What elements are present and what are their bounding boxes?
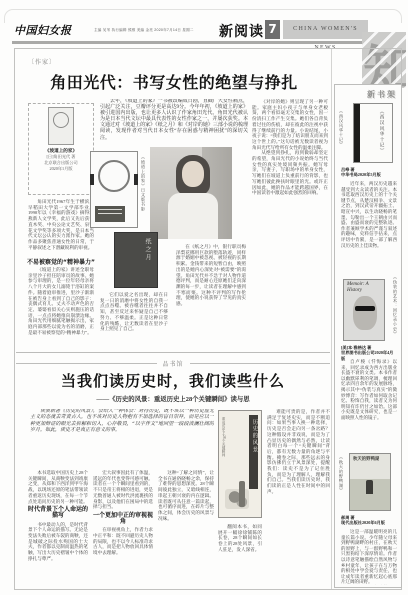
- cover3-illustration: [225, 489, 249, 509]
- article1-kicker: 〔作家〕: [28, 57, 56, 66]
- book-cover-paper-moon: 纸之月: [114, 232, 158, 288]
- sidebar-label: 新书架: [367, 89, 397, 100]
- masthead-credits: 主编 吴苇 执行编辑 熊维 美编 金亮 2020年7月14日 星期二: [94, 28, 194, 33]
- newspaper-page: 中国妇女报 主编 吴苇 执行编辑 熊维 美编 金亮 2020年7月14日 星期二…: [0, 0, 408, 595]
- section2-subhead2: 一个更加中正的审视视角: [93, 513, 153, 524]
- article1-col1-paragraph2: 《坡道上的家》讲述全职母亲里沙子担任陪审员的故事。她参与审理的，是一位年轻母亲将…: [28, 267, 94, 351]
- cover1-caption: 《坡道上的家》日文版书影: [140, 155, 146, 225]
- sidebar-book1-cover-title: 《西汉风华十记》: [379, 109, 385, 154]
- article1-col2-paragraph: 它们以爱之名出现，却在日复一日的消磨中将女性的自我一点点吞噬。被吞噬者往往并不自…: [100, 292, 168, 352]
- section2-subhead1: 时代背景下个人命运的描写: [28, 507, 88, 518]
- cover2-vertical-title: 纸之月: [143, 238, 152, 262]
- section2-subtitle: ——《历史的风景：重返历史上28个关键瞬间》读与思: [16, 394, 330, 403]
- article1-subhead: 不易被察觉的“精神暴力”: [26, 257, 96, 266]
- section-title: 新阅读: [219, 21, 264, 41]
- sidebar-book1-publisher: 中华书局2020年5月版: [341, 172, 397, 177]
- photo-figure-body: [168, 193, 218, 239]
- cover-left-tab: [90, 174, 94, 185]
- sidebar-book1-meta: 吕峥 著 中华书局2020年5月版: [341, 167, 397, 178]
- sidebar-book1-spine: [354, 104, 360, 162]
- cover3-illustration-figure: [239, 481, 245, 507]
- section2-col2: 宏大叙事因此有了体温，遥远的年代也变得可感可触。读者在一个个瞬间里看到的，不只是…: [93, 470, 153, 588]
- cover-circle-motif: [98, 160, 130, 192]
- section2-headline: 当我们读历史时，我们读些什么: [16, 370, 330, 391]
- sidebar-book3-cover-title: 秋天的野鸭湖: [353, 456, 379, 462]
- article1-lede: 去年，《坡道上的家》一书被改编成日剧，直戳广大女性痛点，引起广泛关注，豆瓣评分更…: [100, 99, 248, 148]
- section2-under-cover-paragraph: 翻阅本书，如同展开一幅徐徐铺陈的长卷，28个瞬间如长卷上的28处风景，引人驻足，…: [218, 524, 262, 588]
- book-card-edition: 2020年1月版: [32, 166, 90, 172]
- english-masthead: CHINA WOMEN'S NEWS: [283, 20, 368, 39]
- masthead: 中国妇女报 主编 吴苇 执行编辑 熊维 美编 金亮 2020年7月14日 星期二…: [12, 22, 396, 40]
- sidebar-book2-review: 自卢梭《忏悔录》以来，回忆录成为西方出版业长盛不衰的文类。本书作者以幽默犀利的笔…: [341, 359, 397, 445]
- page-number-badge: 7: [265, 20, 280, 39]
- sidebar-book3-publisher: 现代出版社2020年6月版: [341, 520, 397, 525]
- author-photo: [150, 147, 232, 239]
- section2-col3: 这种“了解之同情”，让全书在通俗晓畅之余，保持了难得的思想深度。28个瞬间彼此独…: [158, 470, 214, 588]
- sidebar-book3-meta: 郝周 著 现代出版社2020年6月版: [341, 515, 397, 526]
- article1-col1-paragraph: 角田光代1967年生于横滨，早稻田大学第一文学部毕业。1990年以《幸福的游戏》…: [28, 199, 94, 251]
- newspaper-logo: 中国妇女报: [14, 22, 72, 38]
- field-figure-illustration: [366, 480, 373, 494]
- book-cover-thumbnail: [48, 107, 74, 145]
- sunglasses-illustration: [355, 306, 375, 311]
- article1-headline: 角田光代：书写女性的绝望与挣扎: [24, 70, 324, 93]
- cover-right-tab: [134, 174, 138, 185]
- book-cover-slope-house: [90, 151, 138, 228]
- sidebar-divider-rule: [331, 49, 332, 589]
- section2-col5: 难能可贵的是，作者并不满足于复述史实，而是不断追问：如果当事人换一种选择，历史是…: [267, 409, 330, 588]
- section2-kicker: 品书馆: [157, 359, 190, 368]
- article1-col4-paragraphs: 《对岸的她》则呈现了另一种可能。家庭主妇小夜子与单身女老板葵，两个看似毫无交集的…: [252, 99, 328, 352]
- cover-title-block: [95, 206, 125, 222]
- section-divider-rule: [16, 352, 330, 353]
- sidebar-book2-cover-text: Memoir: A History: [347, 282, 384, 293]
- book-cover-history-landscape: 历史的风景 重返历史上28个关键瞬间: [218, 410, 262, 518]
- sidebar-book3-review: 这是一部温暖明亮的儿童长篇小说。少年随父母来到野鸭湖畔的村庄，在秋天的原野上，与…: [341, 529, 397, 585]
- sidebar-book2-cover: Memoir: A History: [343, 279, 385, 341]
- photo-figure-face: [182, 161, 204, 187]
- section2-col1: 本书选取中国历史上28个关键瞬间，从商鞅变法到靖康之变，从郑和下西洋到甲午海战，…: [28, 470, 88, 588]
- article1-book-card: 《坡道上的家》 [日]角田光代 著 北京联合出版公司 2020年1月版: [28, 103, 94, 195]
- cover3-title-strip: 历史的风景: [249, 415, 258, 489]
- article1-col3-paragraph: 在《纸之月》中，银行职员梅泽梨花挪用巨款的堕落轨迹，同样源于婚姻中被忽视、被轻视…: [176, 244, 246, 352]
- masthead-rule: [12, 41, 396, 44]
- sidebar-bookshelf: 新书架 《西汉风华十记》 《西汉风华十记》 吕峥 著 中华书局2020年5月版 …: [334, 84, 402, 588]
- cover3-vertical-title: 历史的风景: [251, 419, 259, 454]
- section2-kicker-row: 品书馆: [16, 359, 330, 368]
- sidebar-book3-cover: 秋天的野鸭湖: [349, 453, 391, 511]
- sculpture-head-illustration: [353, 296, 377, 330]
- sidebar-book1-review: 近年来，两汉历史越来越受到大众读者的关注。本书选取西汉历史上的十个关键节点，从楚…: [341, 181, 397, 273]
- cover3-subtitle: 重返历史上28个关键瞬间: [222, 417, 227, 487]
- section2-intro: 读罢新著《历史的风景》，会给人一种体会：对待历史，既不该以一种历史虚无主义的态度…: [30, 409, 214, 465]
- sidebar-book1-cover: 《西汉风华十记》: [353, 103, 393, 163]
